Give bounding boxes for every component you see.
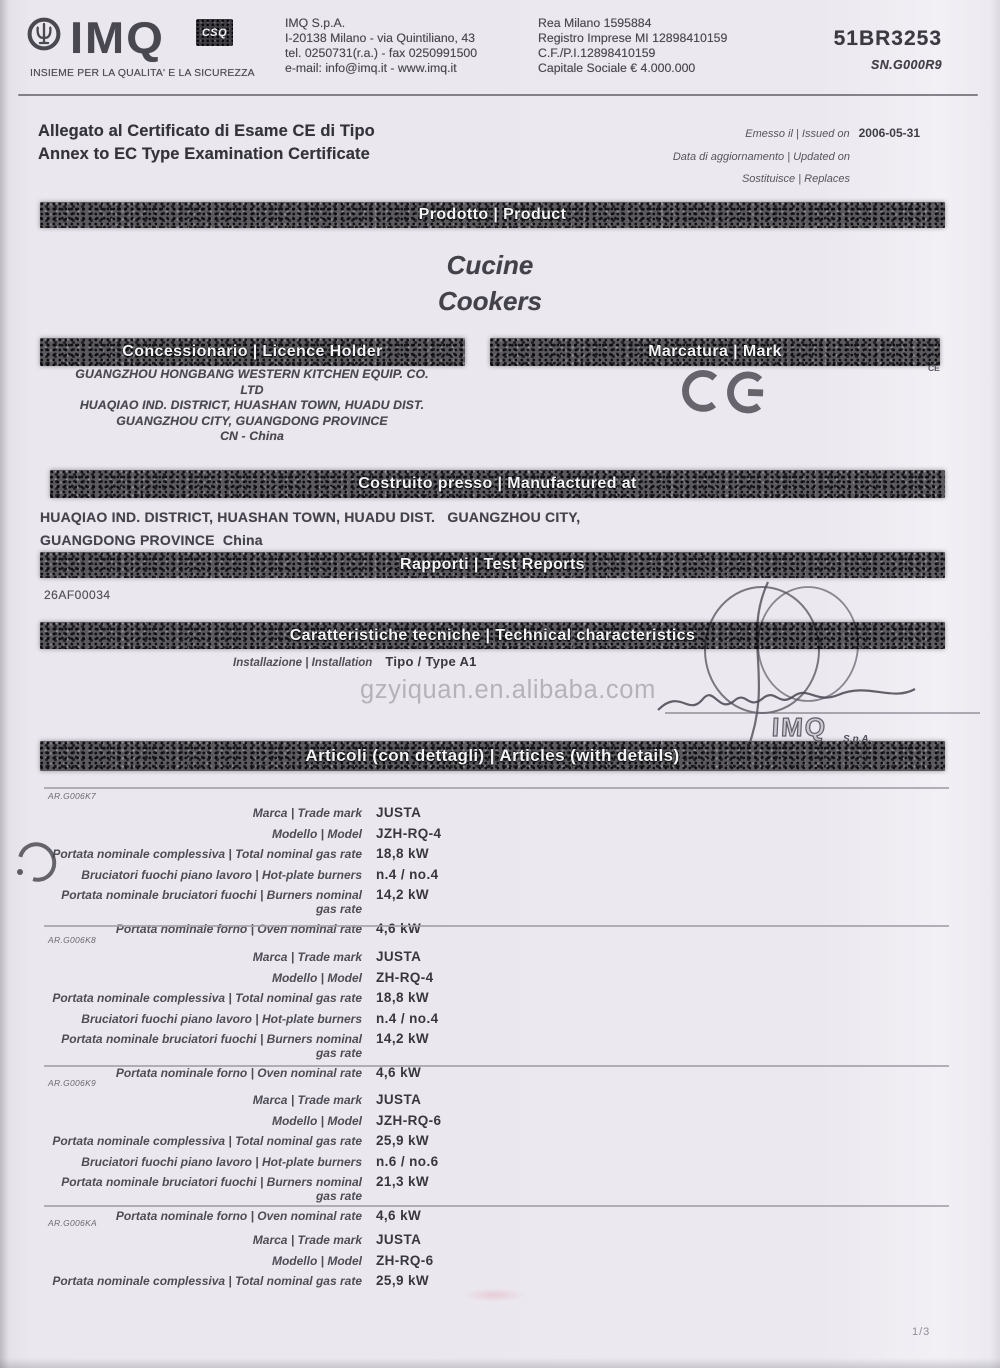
article-row-label: Portata nominale bruciatori fuochi | Bur… <box>42 889 362 916</box>
ce-mark-icon <box>672 364 770 424</box>
article-row: Portata nominale complessiva | Total nom… <box>42 1274 952 1289</box>
registry-line: Capitale Sociale € 4.000.000 <box>538 61 727 76</box>
article-row-label: Modello | Model <box>42 828 362 842</box>
imq-tagline: INSIEME PER LA QUALITA' E LA SICUREZZA <box>30 68 255 79</box>
manufactured-line: HUAQIAO IND. DISTRICT, HUASHAN TOWN, HUA… <box>40 506 580 529</box>
licence-line: HUAQIAO IND. DISTRICT, HUASHAN TOWN, HUA… <box>42 398 462 414</box>
article-row-value: ZH-RQ-4 <box>376 971 434 985</box>
article-separator <box>44 787 949 789</box>
mark-banner: Marcatura | Mark <box>490 338 940 366</box>
imq-circle-icon <box>26 16 62 52</box>
imq-stamp: IMQ <box>771 712 828 743</box>
article-row-value: 18,8 kW <box>376 991 429 1005</box>
scanned-certificate-page: IMQ CSQ INSIEME PER LA QUALITA' E LA SIC… <box>0 0 1000 1368</box>
ce-small-label: CE <box>928 363 940 373</box>
article-row-value: n.6 / no.6 <box>376 1155 439 1169</box>
article-row-label: Modello | Model <box>42 972 362 986</box>
installation-value: Tipo / Type A1 <box>385 654 476 669</box>
article-row-label: Portata nominale complessiva | Total nom… <box>42 992 362 1006</box>
article-row: Bruciatori fuochi piano lavoro | Hot-pla… <box>42 868 952 883</box>
certificate-number: 51BR3253 <box>817 27 942 51</box>
csq-mark: CSQ <box>196 19 233 46</box>
article-row-value: n.4 / no.4 <box>376 1012 439 1026</box>
updated-label: Data di aggiornamento | Updated on <box>620 151 850 163</box>
company-line: tel. 0250731(r.a.) - fax 0250991500 <box>285 46 477 61</box>
article-row-value: JUSTA <box>376 950 421 964</box>
company-line: I-20138 Milano - via Quintiliano, 43 <box>285 31 477 46</box>
article-row-label: Marca | Trade mark <box>42 1234 362 1248</box>
article-code: AR.G006K9 <box>48 1078 952 1088</box>
article-row-value: JZH-RQ-6 <box>376 1114 441 1128</box>
replaces-label: Sostituisce | Replaces <box>620 173 850 185</box>
registry-line: Rea Milano 1595884 <box>538 16 727 31</box>
article-row-value: 25,9 kW <box>376 1274 429 1288</box>
issued-row: Emesso il | Issued on2006-05-31 <box>620 124 920 142</box>
article-3: AR.G006K9 Marca | Trade markJUSTA Modell… <box>42 1078 952 1230</box>
article-row: Marca | Trade markJUSTA <box>42 950 952 965</box>
article-row: Modello | ModelJZH-RQ-4 <box>42 827 952 842</box>
article-row: Modello | ModelJZH-RQ-6 <box>42 1114 952 1129</box>
article-row: Modello | ModelZH-RQ-6 <box>42 1254 952 1269</box>
article-row-value: 25,9 kW <box>376 1134 429 1148</box>
article-row-label: Portata nominale bruciatori fuochi | Bur… <box>42 1033 362 1060</box>
article-row-label: Marca | Trade mark <box>42 807 362 821</box>
registry-line: C.F./P.I.12898410159 <box>538 46 727 61</box>
article-row: Portata nominale complessiva | Total nom… <box>42 991 952 1006</box>
installation-label: Installazione | Installation <box>233 657 372 669</box>
licence-holder-banner: Concessionario | Licence Holder <box>40 338 465 366</box>
article-2: AR.G006K8 Marca | Trade markJUSTA Modell… <box>42 935 952 1087</box>
header-divider <box>18 94 978 96</box>
installation-row: Installazione | Installation Tipo / Type… <box>233 654 477 669</box>
company-address: IMQ S.p.A. I-20138 Milano - via Quintili… <box>285 16 477 76</box>
article-row-label: Modello | Model <box>42 1115 362 1129</box>
company-line: IMQ S.p.A. <box>285 16 477 31</box>
article-row-label: Bruciatori fuochi piano lavoro | Hot-pla… <box>42 869 362 883</box>
article-row-value: JUSTA <box>376 1093 421 1107</box>
article-code: AR.G006K8 <box>48 935 952 945</box>
article-row-label: Portata nominale bruciatori fuochi | Bur… <box>42 1176 362 1203</box>
serial-number: SN.G000R9 <box>817 58 942 72</box>
article-separator <box>44 1205 949 1207</box>
article-row: Modello | ModelZH-RQ-4 <box>42 971 952 986</box>
article-row: Marca | Trade markJUSTA <box>42 1233 952 1248</box>
licence-line: GUANGZHOU CITY, GUANGDONG PROVINCE <box>42 414 462 430</box>
article-row-label: Portata nominale complessiva | Total nom… <box>42 1135 362 1149</box>
article-row-value: 21,3 kW <box>376 1175 429 1189</box>
article-row-label: Bruciatori fuochi piano lavoro | Hot-pla… <box>42 1013 362 1027</box>
article-row-value: JZH-RQ-4 <box>376 827 441 841</box>
registry-info: Rea Milano 1595884 Registro Imprese MI 1… <box>538 16 727 76</box>
article-4: AR.G006KA Marca | Trade markJUSTA Modell… <box>42 1218 952 1295</box>
article-row-value: n.4 / no.4 <box>376 868 439 882</box>
page-number: 1/3 <box>912 1326 930 1338</box>
product-name-en: Cookers <box>0 286 980 316</box>
manufactured-address: HUAQIAO IND. DISTRICT, HUASHAN TOWN, HUA… <box>40 506 580 551</box>
article-row-value: 18,8 kW <box>376 847 429 861</box>
article-row-value: ZH-RQ-6 <box>376 1254 434 1268</box>
document-title: Allegato al Certificato di Esame CE di T… <box>38 120 375 166</box>
article-row-label: Modello | Model <box>42 1255 362 1269</box>
issued-label: Emesso il | Issued on <box>745 128 849 140</box>
article-row-label: Marca | Trade mark <box>42 1094 362 1108</box>
article-row: Portata nominale bruciatori fuochi | Bur… <box>42 1175 952 1203</box>
report-number: 26AF00034 <box>44 588 111 602</box>
licence-line: GUANGZHOU HONGBANG WESTERN KITCHEN EQUIP… <box>42 367 462 383</box>
article-row-value: 14,2 kW <box>376 1032 429 1046</box>
article-row-value: JUSTA <box>376 806 421 820</box>
article-code: AR.G006K7 <box>48 791 952 801</box>
article-row: Portata nominale complessiva | Total nom… <box>42 1134 952 1149</box>
article-row-label: Bruciatori fuochi piano lavoro | Hot-pla… <box>42 1156 362 1170</box>
pink-smudge <box>462 1288 526 1302</box>
document-title-it: Allegato al Certificato di Esame CE di T… <box>38 120 375 143</box>
article-row: Bruciatori fuochi piano lavoro | Hot-pla… <box>42 1155 952 1170</box>
manufactured-line: GUANGDONG PROVINCE China <box>40 529 580 552</box>
licence-holder-address: GUANGZHOU HONGBANG WESTERN KITCHEN EQUIP… <box>42 367 462 445</box>
article-row: Portata nominale complessiva | Total nom… <box>42 847 952 862</box>
article-row: Marca | Trade markJUSTA <box>42 1093 952 1108</box>
product-banner: Prodotto | Product <box>40 202 945 228</box>
issued-date: 2006-05-31 <box>859 126 920 140</box>
manufactured-banner: Costruito presso | Manufactured at <box>50 470 945 498</box>
article-row-label: Portata nominale complessiva | Total nom… <box>42 848 362 862</box>
article-separator <box>44 925 949 927</box>
article-row: Portata nominale bruciatori fuochi | Bur… <box>42 888 952 916</box>
article-row-value: JUSTA <box>376 1233 421 1247</box>
imq-logo-wordmark: IMQ <box>70 15 165 60</box>
article-row: Portata nominale bruciatori fuochi | Bur… <box>42 1032 952 1060</box>
company-line: e-mail: info@imq.it - www.imq.it <box>285 61 477 76</box>
article-row-value: 14,2 kW <box>376 888 429 902</box>
article-1: AR.G006K7 Marca | Trade markJUSTA Modell… <box>42 791 952 943</box>
product-name-it: Cucine <box>0 250 980 280</box>
article-row-label: Marca | Trade mark <box>42 951 362 965</box>
articles-banner: Articoli (con dettagli) | Articles (with… <box>40 741 945 771</box>
article-row: Marca | Trade markJUSTA <box>42 806 952 821</box>
article-code: AR.G006KA <box>48 1218 952 1228</box>
document-title-en: Annex to EC Type Examination Certificate <box>38 143 375 166</box>
ink-dot <box>17 869 23 875</box>
article-separator <box>44 1065 949 1067</box>
licence-line: CN - China <box>42 429 462 445</box>
article-row: Bruciatori fuochi piano lavoro | Hot-pla… <box>42 1012 952 1027</box>
registry-line: Registro Imprese MI 12898410159 <box>538 31 727 46</box>
article-row-label: Portata nominale complessiva | Total nom… <box>42 1275 362 1289</box>
licence-line: LTD <box>42 383 462 399</box>
